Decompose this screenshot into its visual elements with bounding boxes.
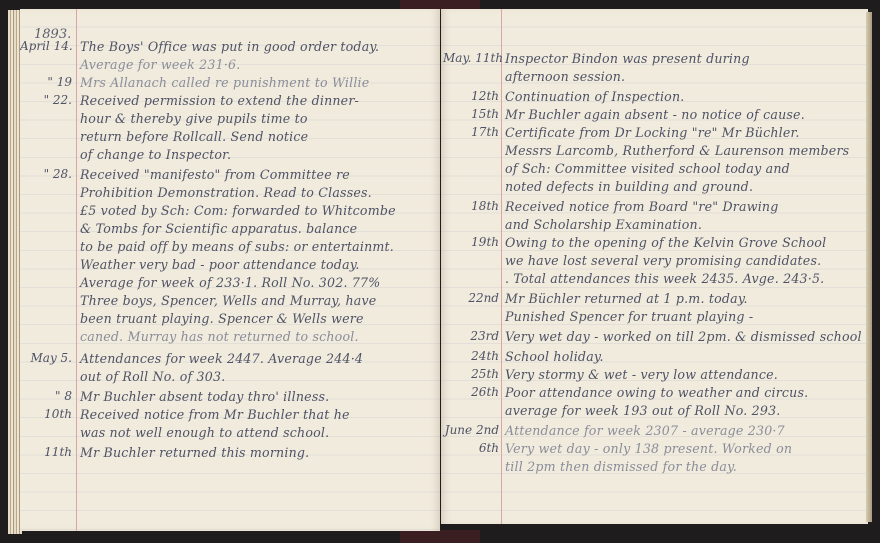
entry-date: 17th: [443, 125, 499, 139]
entry-text: Mrs Allanach called re punishment to Wil…: [80, 75, 369, 90]
page-edges-right: [866, 12, 872, 522]
entry-date: 10th: [20, 407, 72, 421]
entry-date: 23rd: [443, 329, 499, 343]
entry-text: Weather very bad - poor attendance today…: [80, 257, 360, 272]
entry-text: Very wet day - worked on till 2pm. & dis…: [505, 329, 862, 344]
entry-date: " 28.: [20, 167, 72, 181]
entry-text: to be paid off by means of subs: or ente…: [80, 239, 394, 254]
entry-text: & Tombs for Scientific apparatus. balanc…: [80, 221, 357, 236]
entry-date: June 2nd: [443, 423, 499, 437]
entry-date: 24th: [443, 349, 499, 363]
entry-text: Mr Buchler absent today thro' illness.: [80, 389, 329, 404]
entry-text: School holiday.: [505, 349, 604, 364]
entry-text: Attendance for week 2307 - average 230·7: [505, 423, 785, 438]
entry-text: Punished Spencer for truant playing -: [505, 309, 753, 324]
entry-text: afternoon session.: [505, 69, 625, 84]
margin-line: [76, 9, 77, 531]
entry-text: Received notice from Mr Buchler that he: [80, 407, 350, 422]
entry-text: out of Roll No. of 303.: [80, 369, 225, 384]
entry-text: of Sch: Committee visited school today a…: [505, 161, 790, 176]
entry-date: May. 11th: [443, 51, 499, 65]
entry-text: . Total attendances this week 2435. Avge…: [505, 271, 824, 286]
left-page: 1893. April 14.The Boys' Office was put …: [20, 9, 440, 531]
entry-text: Continuation of Inspection.: [505, 89, 684, 104]
entry-text: Very wet day - only 138 present. Worked …: [505, 441, 792, 456]
entry-text: was not well enough to attend school.: [80, 425, 329, 440]
entry-text: Mr Buchler returned this morning.: [80, 445, 309, 460]
entry-text: caned. Murray has not returned to school…: [80, 329, 359, 344]
entry-text: we have lost several very promising cand…: [505, 253, 821, 268]
entry-date: 22nd: [443, 291, 499, 305]
entry-text: Three boys, Spencer, Wells and Murray, h…: [80, 293, 376, 308]
entry-text: Certificate from Dr Locking "re" Mr Büch…: [505, 125, 800, 140]
entry-text: Prohibition Demonstration. Read to Class…: [80, 185, 372, 200]
entry-text: Average for week 231·6.: [80, 57, 240, 72]
entry-text: till 2pm then dismissed for the day.: [505, 459, 737, 474]
entry-date: 18th: [443, 199, 499, 213]
book-spine-bottom: [400, 530, 480, 543]
entry-date: " 22.: [20, 93, 72, 107]
entry-date: 26th: [443, 385, 499, 399]
entry-date: 6th: [443, 441, 499, 455]
entry-text: Received "manifesto" from Committee re: [80, 167, 350, 182]
entry-text: The Boys' Office was put in good order t…: [80, 39, 379, 54]
entry-date: " 19: [20, 75, 72, 89]
entry-text: hour & thereby give pupils time to: [80, 111, 308, 126]
entry-text: Poor attendance owing to weather and cir…: [505, 385, 808, 400]
entry-text: Received notice from Board "re" Drawing: [505, 199, 779, 214]
entry-text: Mr Buchler again absent - no notice of c…: [505, 107, 805, 122]
entry-text: Mr Büchler returned at 1 p.m. today.: [505, 291, 748, 306]
entry-text: Inspector Bindon was present during: [505, 51, 750, 66]
entry-text: return before Rollcall. Send notice: [80, 129, 308, 144]
entry-text: Very stormy & wet - very low attendance.: [505, 367, 778, 382]
right-page: May. 11thInspector Bindon was present du…: [441, 9, 868, 524]
entry-date: 25th: [443, 367, 499, 381]
margin-line: [501, 9, 502, 524]
entry-date: " 8: [20, 389, 72, 403]
entry-text: £5 voted by Sch: Com: forwarded to Whitc…: [80, 203, 396, 218]
entry-date: April 14.: [20, 39, 72, 53]
entry-text: Received permission to extend the dinner…: [80, 93, 359, 108]
entry-text: and Scholarship Examination.: [505, 217, 702, 232]
entry-text: noted defects in building and ground.: [505, 179, 753, 194]
entry-date: 12th: [443, 89, 499, 103]
entry-text: Messrs Larcomb, Rutherford & Laurenson m…: [505, 143, 849, 158]
entry-date: May 5.: [20, 351, 72, 365]
entry-date: 11th: [20, 445, 72, 459]
entry-date: 15th: [443, 107, 499, 121]
entry-text: Attendances for week 2447. Average 244·4: [80, 351, 363, 366]
entry-text: average for week 193 out of Roll No. 293…: [505, 403, 781, 418]
entry-text: Owing to the opening of the Kelvin Grove…: [505, 235, 826, 250]
entry-text: of change to Inspector.: [80, 147, 231, 162]
entry-text: Average for week of 233·1. Roll No. 302.…: [80, 275, 380, 290]
entry-text: been truant playing. Spencer & Wells wer…: [80, 311, 364, 326]
entry-date: 19th: [443, 235, 499, 249]
